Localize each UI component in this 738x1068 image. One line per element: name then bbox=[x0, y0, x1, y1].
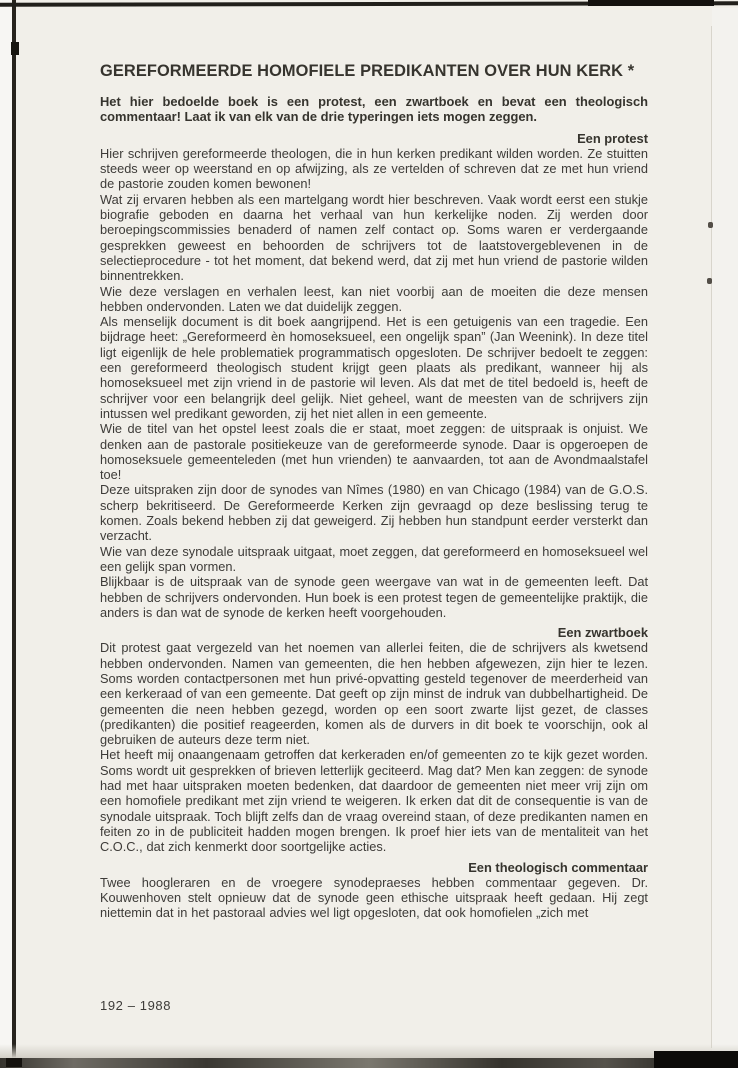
article-title: GEREFORMEERDE HOMOFIELE PREDIKANTEN OVER… bbox=[100, 62, 648, 81]
body-paragraph: Het heeft mij onaangenaam getroffen dat … bbox=[100, 747, 648, 854]
scanned-book-page: GEREFORMEERDE HOMOFIELE PREDIKANTEN OVER… bbox=[0, 0, 738, 1068]
section-heading-zwartboek: Een zwartboek bbox=[100, 625, 648, 640]
section-heading-commentaar: Een theologisch commentaar bbox=[100, 860, 648, 875]
body-paragraph: Dit protest gaat vergezeld van het noeme… bbox=[100, 640, 648, 747]
section-heading-protest: Een protest bbox=[100, 131, 648, 146]
scan-border-bottom bbox=[0, 1058, 738, 1068]
page-bottom-shadow bbox=[0, 1044, 738, 1058]
article-column: GEREFORMEERDE HOMOFIELE PREDIKANTEN OVER… bbox=[100, 62, 648, 921]
body-paragraph: Blijkbaar is de uitspraak van de synode … bbox=[100, 574, 648, 620]
scan-border-left bbox=[12, 0, 16, 1068]
body-paragraph: Wie deze verslagen en verhalen leest, ka… bbox=[100, 284, 648, 315]
body-paragraph: Wat zij ervaren hebben als een martelgan… bbox=[100, 192, 648, 284]
body-paragraph: Als menselijk document is dit boek aangr… bbox=[100, 314, 648, 421]
body-paragraph: Wie van deze synodale uitspraak uitgaat,… bbox=[100, 544, 648, 575]
body-paragraph: Twee hoogleraren en de vroegere synodepr… bbox=[100, 875, 648, 921]
body-paragraph: Hier schrijven gereformeerde theologen, … bbox=[100, 146, 648, 192]
scan-corner-dark bbox=[654, 1051, 738, 1068]
scan-border-top-right bbox=[588, 0, 714, 6]
scan-right-gutter bbox=[712, 8, 738, 1058]
scan-left-gutter bbox=[0, 0, 12, 1068]
intro-paragraph: Het hier bedoelde boek is een protest, e… bbox=[100, 94, 648, 125]
page-number: 192 – 1988 bbox=[100, 998, 171, 1013]
scan-corner-dark bbox=[6, 1058, 22, 1067]
body-paragraph: Wie de titel van het opstel leest zoals … bbox=[100, 421, 648, 482]
page-edge-right bbox=[711, 26, 712, 1048]
body-paragraph: Deze uitspraken zijn door de synodes van… bbox=[100, 482, 648, 543]
scan-speck bbox=[707, 278, 712, 284]
scan-speck bbox=[708, 222, 713, 228]
scan-ink-blob bbox=[11, 42, 19, 55]
